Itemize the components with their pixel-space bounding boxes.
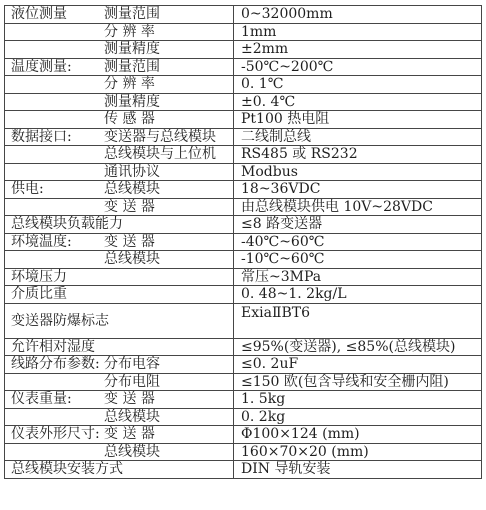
table-row: 测量精度 ±0. 4℃ [5, 93, 482, 111]
spec-subitem-label: 变 送 器 [104, 391, 155, 407]
spec-item-cell: 总线模块 [5, 443, 234, 461]
spec-category-label: 总线模块负载能力 [11, 216, 123, 232]
spec-category-label: 温度测量: [11, 59, 104, 75]
spec-value-cell: 0~32000mm [234, 6, 482, 24]
table-row: 环境压力 常压~3MPa [5, 268, 482, 286]
spec-subitem-label: 总线模块与上位机 [104, 146, 216, 162]
spec-value-cell: RS485 或 RS232 [234, 146, 482, 164]
spec-subitem-label: 总线模块 [104, 251, 160, 267]
spec-subitem-label: 通讯协议 [104, 164, 160, 180]
table-row: 分 辨 率 1mm [5, 23, 482, 41]
table-row: 介质比重 0. 48~1. 2kg/L [5, 286, 482, 304]
spec-subitem-label: 测量精度 [104, 94, 160, 110]
spec-category-label: 线路分布参数: [11, 356, 104, 372]
spec-value-cell: Pt100 热电阻 [234, 111, 482, 129]
table-row: 允许相对湿度 ≤95%(变送器), ≤85%(总线模块) [5, 338, 482, 356]
table-row: 分布电阻 ≤150 欧(包含导线和安全栅内阻) [5, 373, 482, 391]
spec-item-cell: 总线模块 [5, 251, 234, 269]
spec-item-cell: 仪表重量:变 送 器 [5, 391, 234, 409]
table-row: 总线模块 -10℃~60℃ [5, 251, 482, 269]
spec-value-cell: 0. 48~1. 2kg/L [234, 286, 482, 304]
spec-value-cell: 二线制总线 [234, 128, 482, 146]
spec-subitem-label: 总线模块 [104, 409, 160, 425]
spec-category-label: 液位测量 [11, 6, 104, 22]
spec-item-cell: 介质比重 [5, 286, 234, 304]
spec-value-cell: 由总线模块供电 10V~28VDC [234, 198, 482, 216]
spec-item-cell: 数据接口:变送器与总线模块 [5, 128, 234, 146]
spec-item-cell: 分布电阻 [5, 373, 234, 391]
spec-subitem-label: 传 感 器 [104, 111, 155, 127]
spec-item-cell: 测量精度 [5, 93, 234, 111]
table-row: 总线模块 0. 2kg [5, 408, 482, 426]
spec-value-cell: Φ100×124 (mm) [234, 426, 482, 444]
spec-category-label: 介质比重 [11, 286, 104, 302]
spec-value-cell: ≤95%(变送器), ≤85%(总线模块) [234, 338, 482, 356]
table-row: 总线模块与上位机 RS485 或 RS232 [5, 146, 482, 164]
spec-subitem-label: 测量范围 [104, 59, 160, 75]
spec-item-cell: 环境压力 [5, 268, 234, 286]
table-row: 环境温度:变 送 器 -40℃~60℃ [5, 233, 482, 251]
table-row: 总线模块安装方式 DIN 导轨安装 [5, 461, 482, 479]
spec-subitem-label: 变送器与总线模块 [104, 129, 216, 145]
spec-item-cell: 变送器防爆标志 [5, 303, 234, 338]
spec-subitem-label: 变 送 器 [104, 426, 155, 442]
table-row: 温度测量:测量范围 -50℃~200℃ [5, 58, 482, 76]
spec-value-cell: DIN 导轨安装 [234, 461, 482, 479]
spec-item-cell: 总线模块 [5, 408, 234, 426]
spec-value-cell: 1. 5kg [234, 391, 482, 409]
table-row: 分 辨 率 0. 1℃ [5, 76, 482, 94]
spec-item-cell: 总线模块负载能力 [5, 216, 234, 234]
spec-subitem-label: 测量范围 [104, 6, 160, 22]
spec-subitem-label: 测量精度 [104, 41, 160, 57]
spec-subitem-label: 分 辨 率 [104, 24, 155, 40]
spec-category-label: 数据接口: [11, 129, 104, 145]
spec-value-cell: 160×70×20 (mm) [234, 443, 482, 461]
spec-value-cell: 常压~3MPa [234, 268, 482, 286]
spec-subitem-label: 总线模块 [104, 444, 160, 460]
spec-value-cell: 0. 2kg [234, 408, 482, 426]
spec-subitem-label: 分布电阻 [104, 374, 160, 390]
table-row: 总线模块负载能力 ≤8 路变送器 [5, 216, 482, 234]
table-row: 仪表重量:变 送 器 1. 5kg [5, 391, 482, 409]
spec-item-cell: 分 辨 率 [5, 23, 234, 41]
table-row: 通讯协议 Modbus [5, 163, 482, 181]
spec-item-cell: 液位测量测量范围 [5, 6, 234, 24]
spec-category-label: 仪表外形尺寸: [11, 426, 104, 442]
table-row: 液位测量测量范围 0~32000mm [5, 6, 482, 24]
spec-subitem-label: 分 辨 率 [104, 76, 155, 92]
spec-value-cell: ≤150 欧(包含导线和安全栅内阻) [234, 373, 482, 391]
spec-value-cell: 18~36VDC [234, 181, 482, 199]
spec-item-cell: 总线模块与上位机 [5, 146, 234, 164]
spec-category-label: 供电: [11, 181, 104, 197]
spec-value-cell: -10℃~60℃ [234, 251, 482, 269]
spec-value-cell: -50℃~200℃ [234, 58, 482, 76]
spec-value-cell: -40℃~60℃ [234, 233, 482, 251]
spec-item-cell: 允许相对湿度 [5, 338, 234, 356]
spec-subitem-label: 变 送 器 [104, 199, 155, 215]
spec-item-cell: 线路分布参数:分布电容 [5, 356, 234, 374]
spec-category-label: 环境压力 [11, 269, 104, 285]
spec-value-cell: ±0. 4℃ [234, 93, 482, 111]
spec-item-cell: 变 送 器 [5, 198, 234, 216]
table-row: 总线模块 160×70×20 (mm) [5, 443, 482, 461]
table-row: 变送器防爆标志 ExiaⅡBT6 [5, 303, 482, 338]
spec-subitem-label: 分布电容 [104, 356, 160, 372]
spec-item-cell: 通讯协议 [5, 163, 234, 181]
spec-item-cell: 测量精度 [5, 41, 234, 59]
spec-value-cell: ±2mm [234, 41, 482, 59]
table-row: 仪表外形尺寸:变 送 器 Φ100×124 (mm) [5, 426, 482, 444]
spec-subitem-label: 变 送 器 [104, 234, 155, 250]
spec-item-cell: 总线模块安装方式 [5, 461, 234, 479]
spec-value-cell: 1mm [234, 23, 482, 41]
spec-value-cell: ≤8 路变送器 [234, 216, 482, 234]
table-row: 变 送 器 由总线模块供电 10V~28VDC [5, 198, 482, 216]
spec-value-cell: Modbus [234, 163, 482, 181]
spec-value-cell: ≤0. 2uF [234, 356, 482, 374]
spec-table: 液位测量测量范围 0~32000mm 分 辨 率 1mm 测量精度 ±2mm 温… [4, 5, 482, 479]
spec-item-cell: 温度测量:测量范围 [5, 58, 234, 76]
spec-category-label: 仪表重量: [11, 391, 104, 407]
spec-value-cell: 0. 1℃ [234, 76, 482, 94]
spec-item-cell: 仪表外形尺寸:变 送 器 [5, 426, 234, 444]
spec-item-cell: 传 感 器 [5, 111, 234, 129]
spec-item-cell: 分 辨 率 [5, 76, 234, 94]
table-row: 传 感 器 Pt100 热电阻 [5, 111, 482, 129]
table-row: 供电:总线模块 18~36VDC [5, 181, 482, 199]
spec-category-label: 允许相对湿度 [11, 339, 104, 355]
spec-category-label: 变送器防爆标志 [11, 313, 109, 329]
spec-item-cell: 环境温度:变 送 器 [5, 233, 234, 251]
spec-category-label: 总线模块安装方式 [11, 461, 123, 477]
table-row: 线路分布参数:分布电容 ≤0. 2uF [5, 356, 482, 374]
spec-table-body: 液位测量测量范围 0~32000mm 分 辨 率 1mm 测量精度 ±2mm 温… [5, 6, 482, 479]
spec-item-cell: 供电:总线模块 [5, 181, 234, 199]
spec-subitem-label: 总线模块 [104, 181, 160, 197]
spec-category-label: 环境温度: [11, 234, 104, 250]
table-row: 数据接口:变送器与总线模块 二线制总线 [5, 128, 482, 146]
table-row: 测量精度 ±2mm [5, 41, 482, 59]
spec-value-cell: ExiaⅡBT6 [234, 303, 482, 338]
